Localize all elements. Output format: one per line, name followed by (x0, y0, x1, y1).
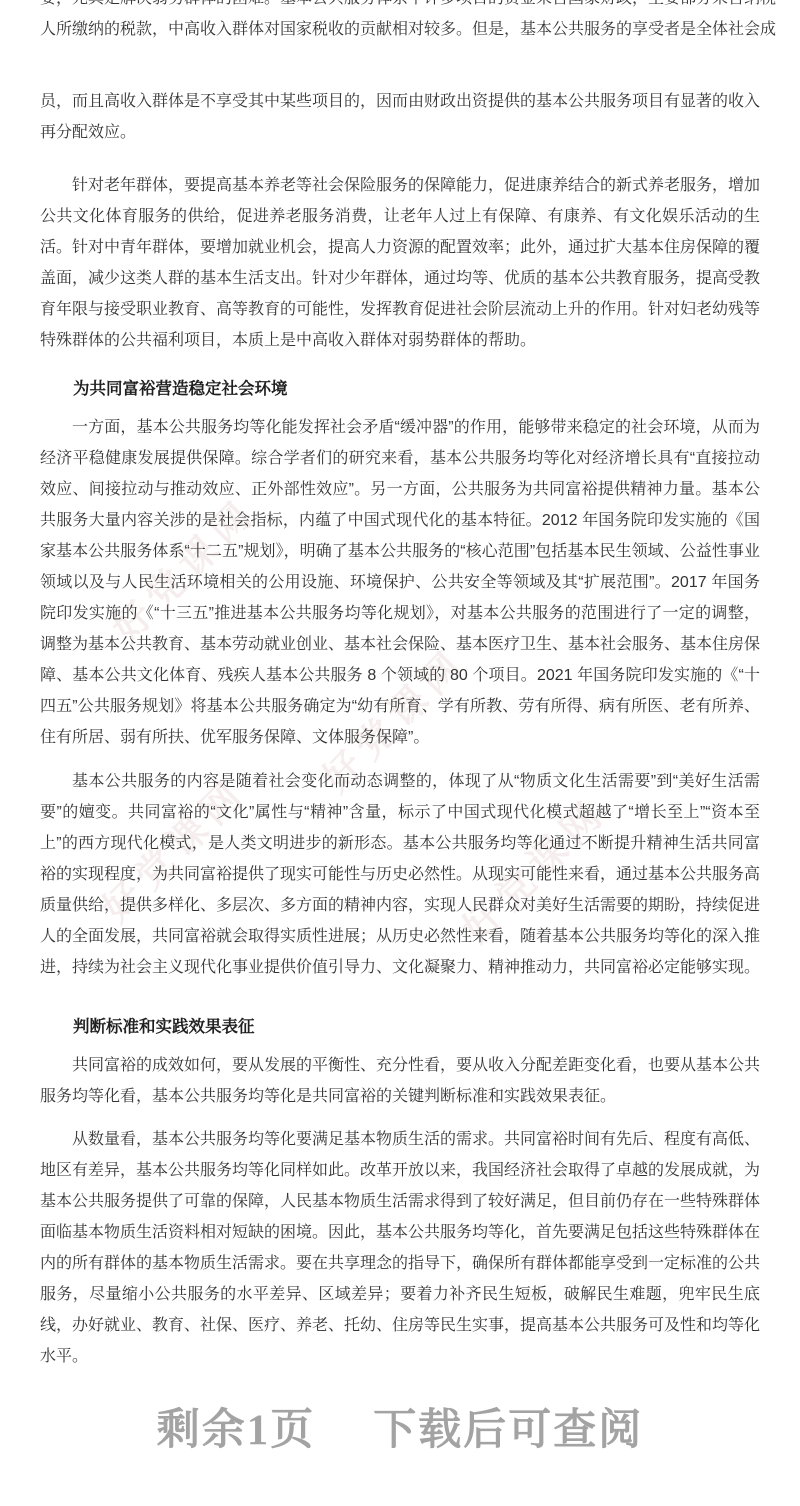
text-line-cut: 要，尤其是解决弱势群体的困难。基本公共服务体系中许多项目的资金来自国家财政，主要… (40, 0, 760, 14)
document-page: 好党课网好党课网好党课网好党课网 要，尤其是解决弱势群体的困难。基本公共服务体系… (0, 0, 800, 1506)
paragraph: 基本公共服务的内容是随着社会变化而动态调整的，体现了从“物质文化生活需要”到“美… (40, 766, 760, 983)
paragraph-continuation: 员，而且高收入群体是不享受其中某些项目的，因而由财政出资提供的基本公共服务项目有… (40, 86, 760, 148)
page-footer-notice: 剩余1页下载后可查阅 (0, 1396, 800, 1457)
download-hint-label: 下载后可查阅 (373, 1407, 643, 1454)
section-heading: 判断标准和实践效果表征 (40, 1012, 760, 1043)
section-heading: 为共同富裕营造稳定社会环境 (40, 374, 760, 405)
paragraph: 一方面，基本公共服务均等化能发挥社会矛盾“缓冲器”的作用，能够带来稳定的社会环境… (40, 412, 760, 753)
text-line: 人所缴纳的税款，中高收入群体对国家税收的贡献相对较多。但是，基本公共服务的享受者… (40, 14, 760, 45)
remaining-pages-label: 剩余1页 (157, 1407, 316, 1454)
document-content: 要，尤其是解决弱势群体的困难。基本公共服务体系中许多项目的资金来自国家财政，主要… (0, 0, 800, 1506)
paragraph: 针对老年群体，要提高基本养老等社会保险服务的保障能力，促进康养结合的新式养老服务… (40, 170, 760, 356)
paragraph: 共同富裕的成效如何，要从发展的平衡性、充分性看，要从收入分配差距变化看，也要从基… (40, 1050, 760, 1112)
paragraph: 从数量看，基本公共服务均等化要满足基本物质生活的需求。共同富裕时间有先后、程度有… (40, 1124, 760, 1372)
top-cut-paragraph: 要，尤其是解决弱势群体的困难。基本公共服务体系中许多项目的资金来自国家财政，主要… (40, 0, 760, 45)
